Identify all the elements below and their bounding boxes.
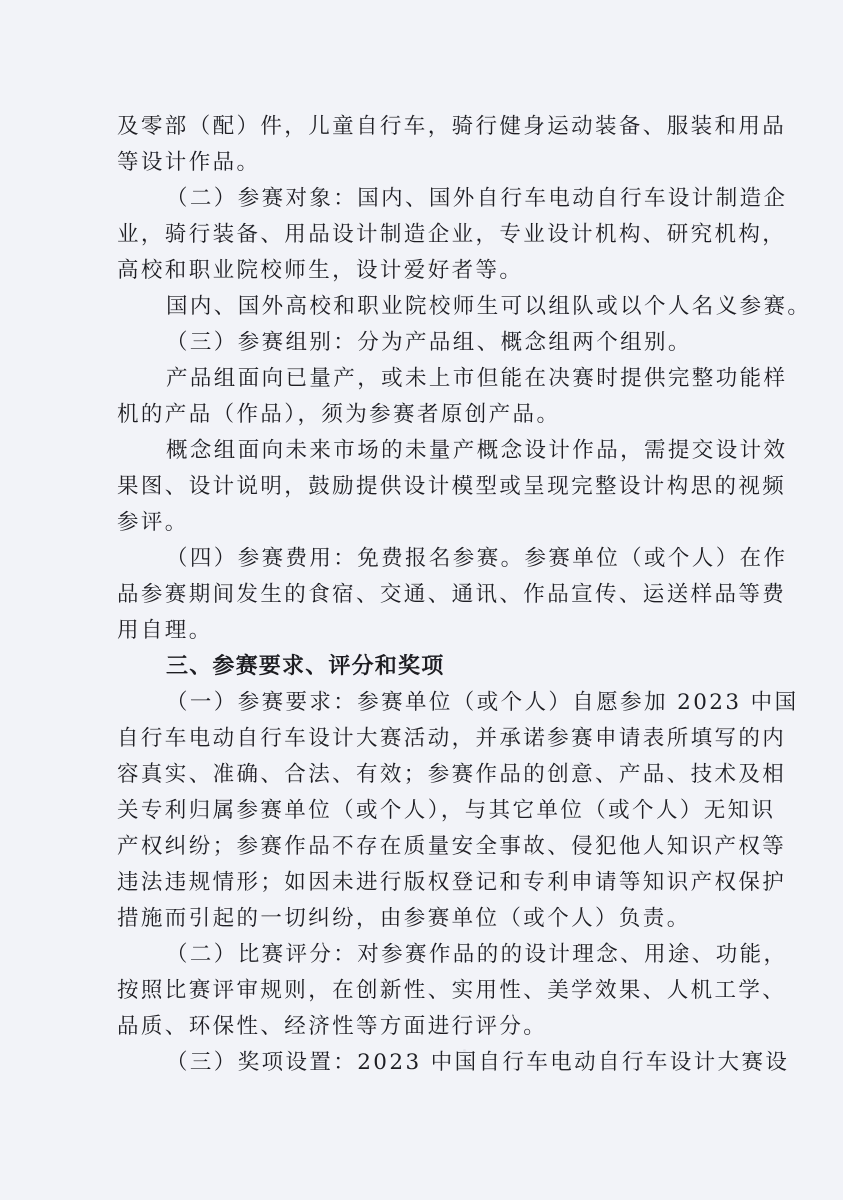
text-line: 高校和职业院校师生，设计爱好者等。 — [117, 253, 719, 289]
text-line: 品参赛期间发生的食宿、交通、通讯、作品宣传、运送样品等费 — [117, 577, 719, 613]
section-item-scoring: （二）比赛评分：对参赛作品的的设计理念、用途、功能， — [117, 937, 719, 973]
text-line: 国内、国外高校和职业院校师生可以组队或以个人名义参赛。 — [117, 289, 719, 325]
scan-artifact — [432, 303, 435, 306]
text-line: 概念组面向未来市场的未量产概念设计作品，需提交设计效 — [117, 433, 719, 469]
section-heading: 三、参赛要求、评分和奖项 — [117, 649, 719, 685]
text-line: 容真实、准确、合法、有效；参赛作品的创意、产品、技术及相 — [117, 757, 719, 793]
text-line: 产权纠纷；参赛作品不存在质量安全事故、侵犯他人知识产权等 — [117, 829, 719, 865]
section-item-awards: （三）奖项设置：2023 中国自行车电动自行车设计大赛设 — [117, 1045, 719, 1081]
text-line: 按照比赛评审规则，在创新性、实用性、美学效果、人机工学、 — [117, 973, 719, 1009]
section-item-groups: （三）参赛组别：分为产品组、概念组两个组别。 — [117, 325, 719, 361]
text-line: 参评。 — [117, 505, 719, 541]
section-item-fees: （四）参赛费用：免费报名参赛。参赛单位（或个人）在作 — [117, 541, 719, 577]
text-line: 业，骑行装备、用品设计制造企业，专业设计机构、研究机构， — [117, 217, 719, 253]
text-line: 品质、环保性、经济性等方面进行评分。 — [117, 1009, 719, 1045]
text-line: 及零部（配）件，儿童自行车，骑行健身运动装备、服装和用品 — [117, 109, 719, 145]
text-line: 自行车电动自行车设计大赛活动，并承诺参赛申请表所填写的内 — [117, 721, 719, 757]
section-item-requirements: （一）参赛要求：参赛单位（或个人）自愿参加 2023 中国 — [117, 685, 719, 721]
scan-artifact — [463, 1049, 466, 1052]
text-line: 果图、设计说明，鼓励提供设计模型或呈现完整设计构思的视频 — [117, 469, 719, 505]
text-line: 措施而引起的一切纠纷，由参赛单位（或个人）负责。 — [117, 901, 719, 937]
section-item-participants: （二）参赛对象：国内、国外自行车电动自行车设计制造企 — [117, 181, 719, 217]
text-line: 等设计作品。 — [117, 145, 719, 181]
text-line: 产品组面向已量产，或未上市但能在决赛时提供完整功能样 — [117, 361, 719, 397]
text-line: 用自理。 — [117, 613, 719, 649]
text-line: 违法违规情形；如因未进行版权登记和专利申请等知识产权保护 — [117, 865, 719, 901]
document-page: 及零部（配）件，儿童自行车，骑行健身运动装备、服装和用品 等设计作品。 （二）参… — [117, 109, 719, 1081]
text-line: 关专利归属参赛单位（或个人），与其它单位（或个人）无知识 — [117, 793, 719, 829]
text-line: 机的产品（作品），须为参赛者原创产品。 — [117, 397, 719, 433]
